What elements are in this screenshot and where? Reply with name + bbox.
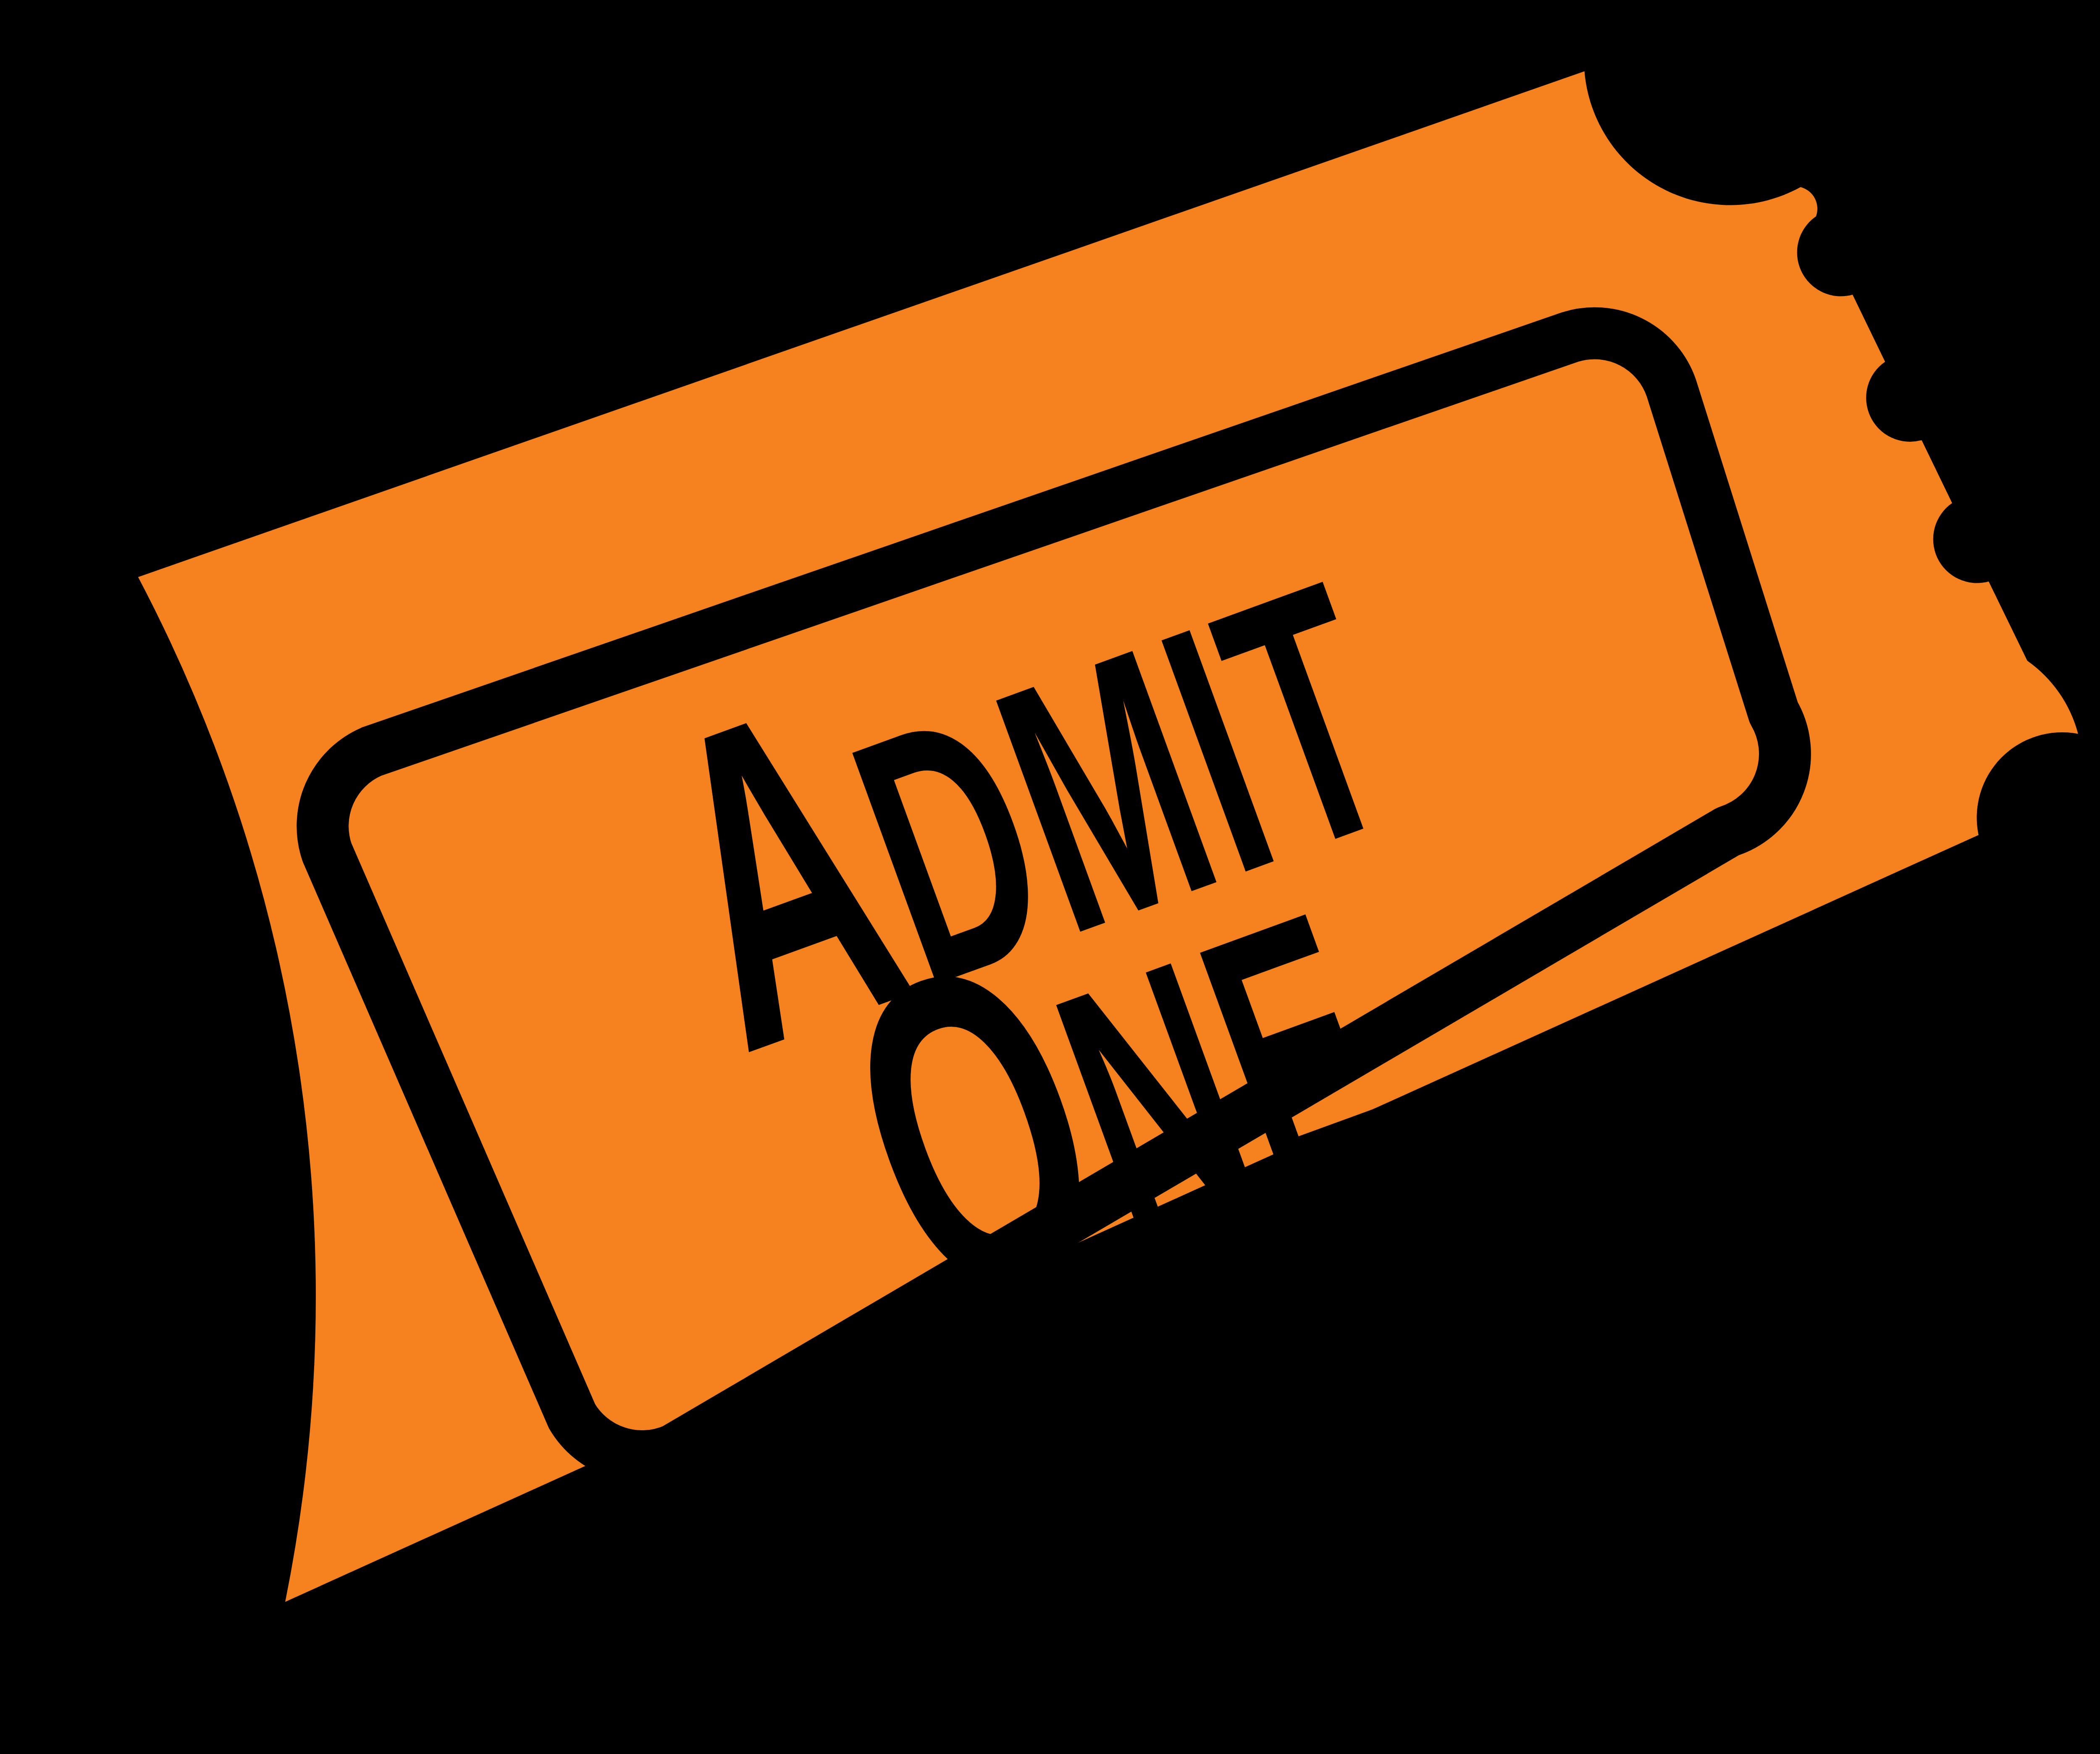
ticket-stage: ADMIT ONE — [0, 0, 2100, 1754]
admit-one-ticket-graphic: ADMIT ONE — [0, 0, 2100, 1754]
